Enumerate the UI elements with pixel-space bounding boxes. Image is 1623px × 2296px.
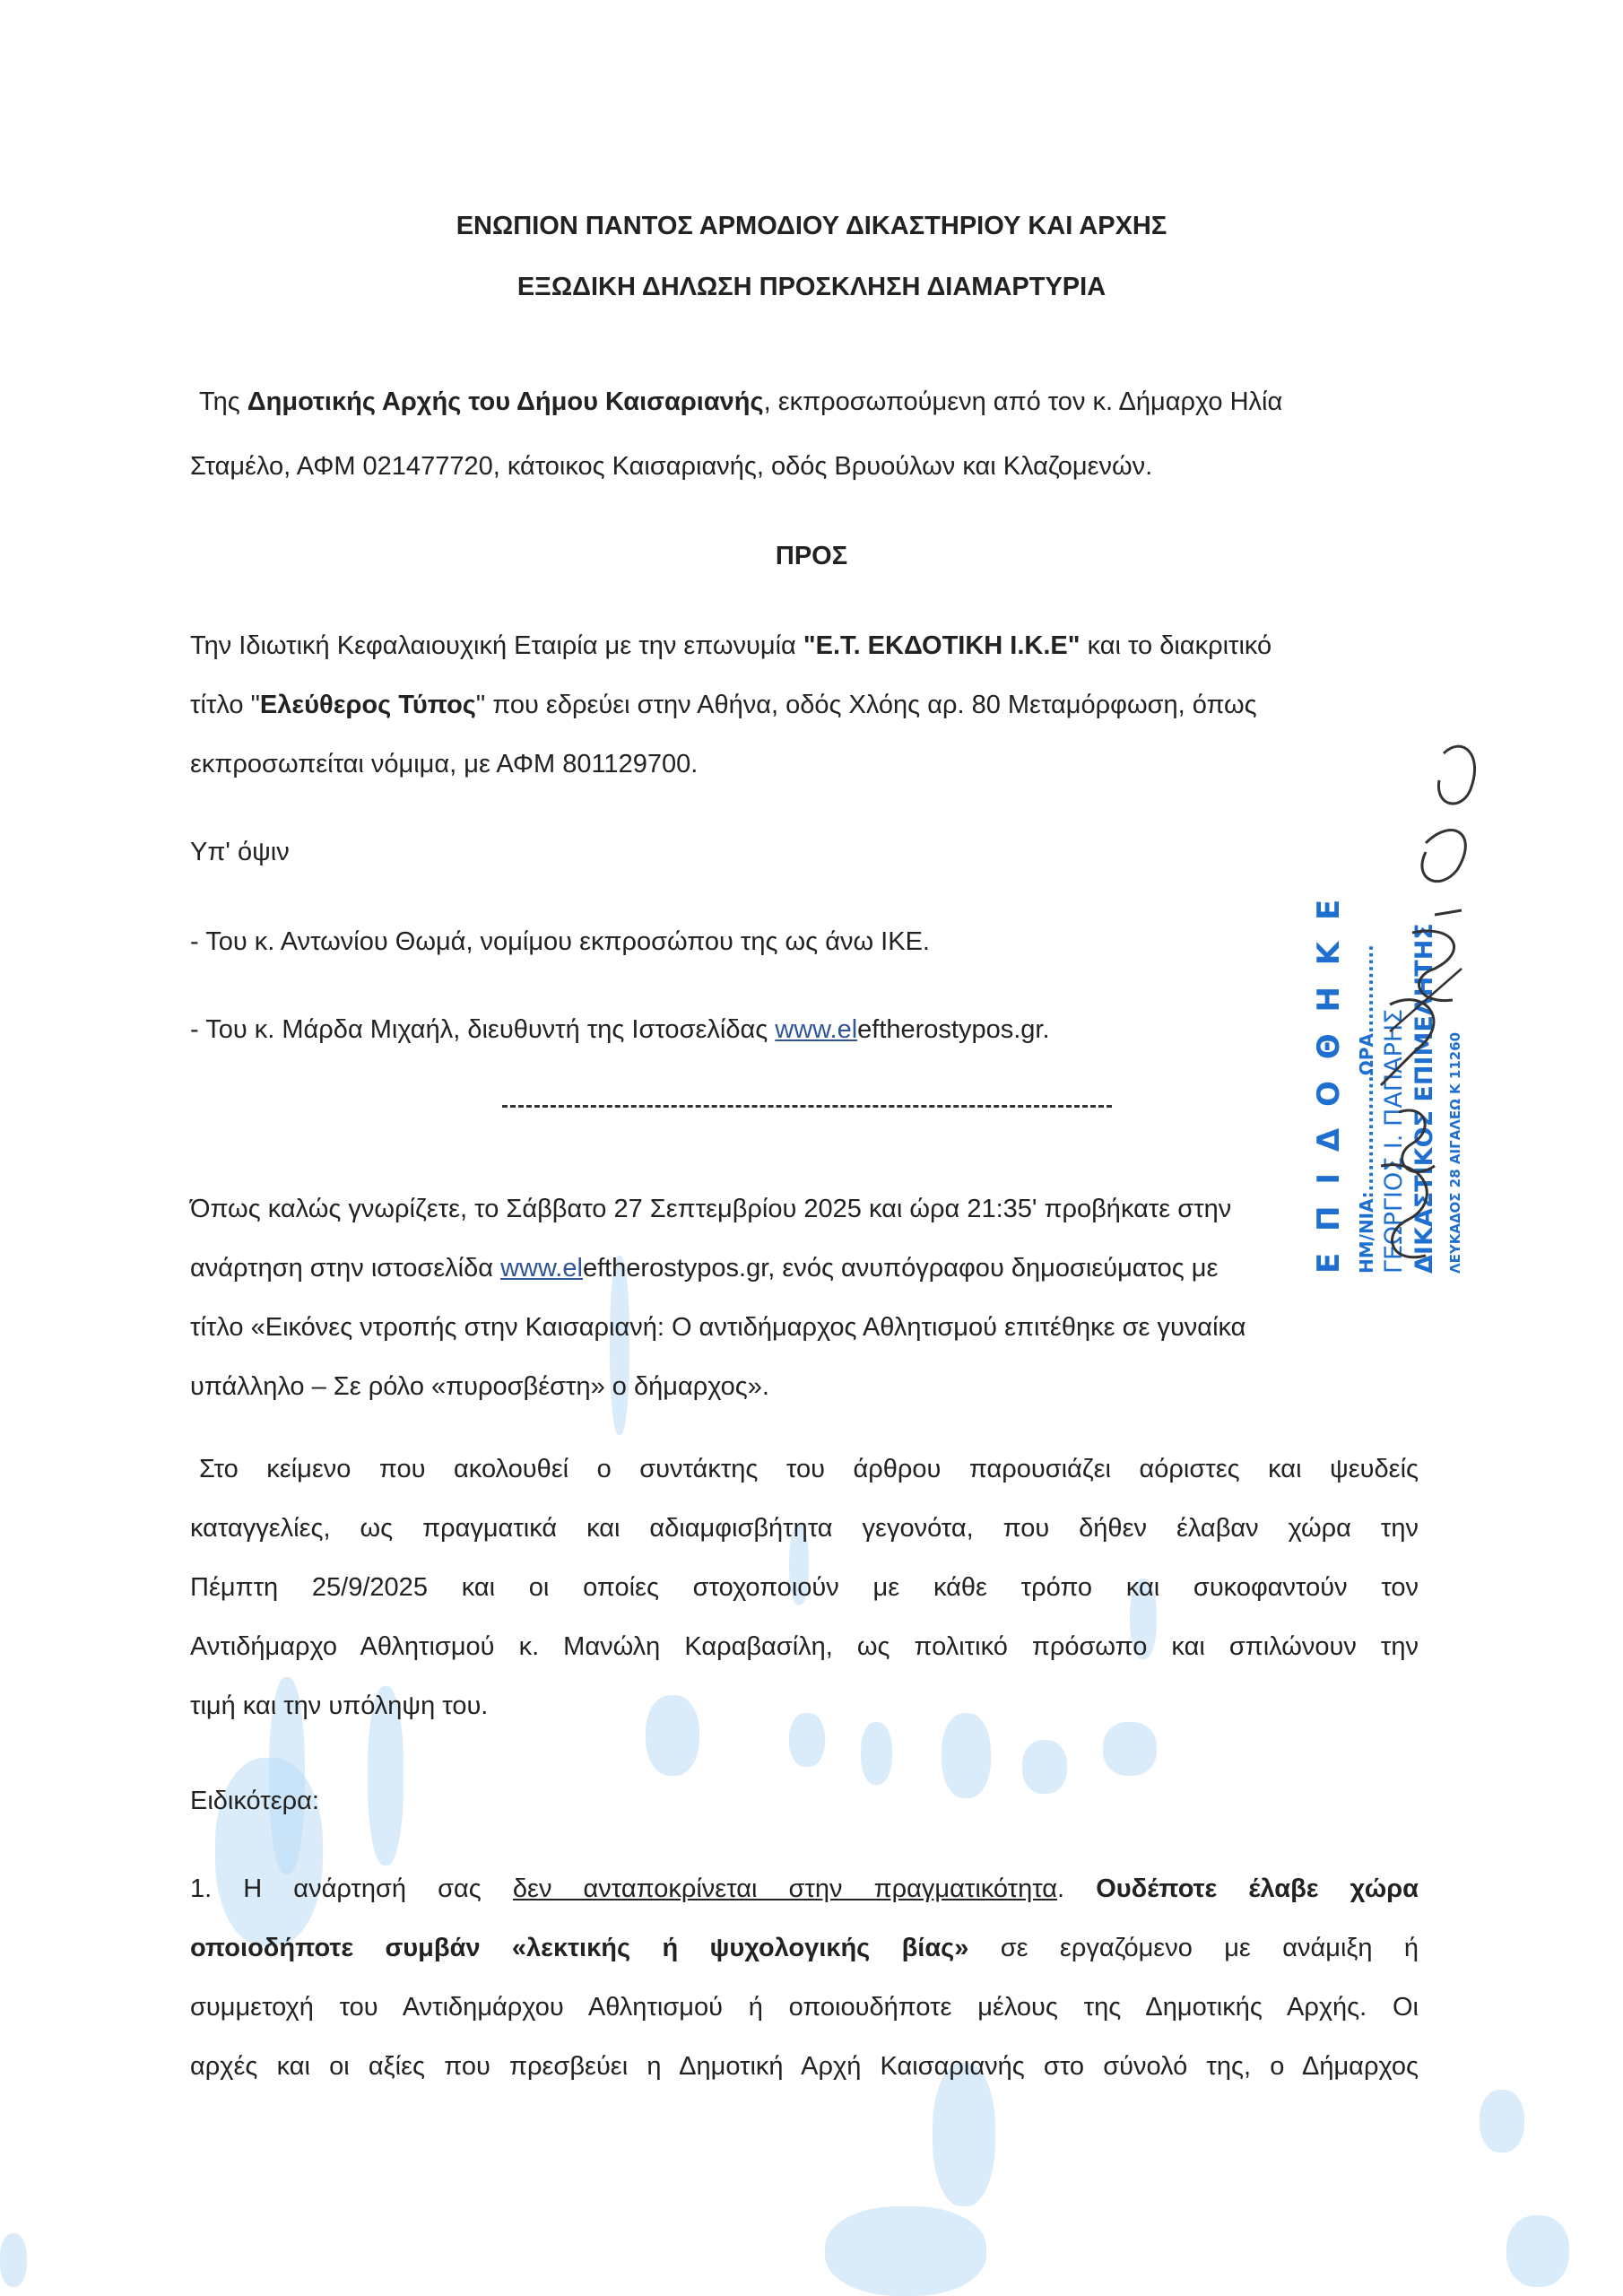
recipient-line-1: Την Ιδιωτική Κεφαλαιουχική Εταιρία με τη…	[190, 628, 1271, 664]
paragraph-1-line-2: ανάρτηση στην ιστοσελίδα www.eleftherost…	[190, 1250, 1218, 1286]
website-link[interactable]: www.el	[775, 1015, 857, 1044]
paragraph-3-line-2: οποιοδήποτε συμβάν «λεκτικής ή ψυχολογικ…	[190, 1930, 1419, 1966]
handwritten-signature-icon	[1327, 735, 1524, 1274]
paragraph-2-line-2: καταγγελίες, ως πραγματικά και αδιαμφισβ…	[190, 1510, 1419, 1546]
recipient-line-2: τίτλο "Ελεύθερος Τύπος" που εδρεύει στην…	[190, 687, 1257, 723]
section-divider	[502, 1105, 1112, 1108]
paragraph-2-line-4: Αντιδήμαρχο Αθλητισμού κ. Μανώλη Καραβασ…	[190, 1629, 1419, 1665]
paragraph-2-line-5: τιμή και την υπόληψη του.	[190, 1688, 488, 1724]
to-heading: ΠΡΟΣ	[0, 538, 1623, 574]
recipient-line-3: εκπροσωπείται νόμιμα, με ΑΦΜ 801129700.	[190, 746, 698, 782]
document-subtitle: ΕΞΩΔΙΚΗ ΔΗΛΩΣΗ ΠΡΟΣΚΛΗΣΗ ΔΙΑΜΑΡΤΥΡΙΑ	[0, 269, 1623, 305]
sender-line-2: Σταμέλο, ΑΦΜ 021477720, κάτοικος Καισαρι…	[190, 448, 1152, 484]
paragraph-1-line-1: Όπως καλώς γνωρίζετε, το Σάββατο 27 Σεπτ…	[190, 1191, 1231, 1227]
paragraph-3-line-4: αρχές και οι αξίες που πρεσβεύει η Δημοτ…	[190, 2048, 1419, 2084]
website-link[interactable]: www.el	[500, 1254, 583, 1283]
paragraph-3-line-3: συμμετοχή του Αντιδημάρχου Αθλητισμού ή …	[190, 1989, 1419, 2025]
paragraph-1-line-3: τίτλο «Εικόνες ντροπής στην Καισαριανή: …	[190, 1309, 1245, 1345]
attention-item-2: - Του κ. Μάρδα Μιχαήλ, διευθυντή της Ιστ…	[190, 1012, 1050, 1048]
paragraph-2-line-3: Πέμπτη 25/9/2025 και οι οποίες στοχοποιο…	[190, 1570, 1419, 1605]
attention-item-1: - Του κ. Αντωνίου Θωμά, νομίμου εκπροσώπ…	[190, 924, 930, 960]
sender-line-1: Της Δημοτικής Αρχής του Δήμου Καισαριανή…	[199, 384, 1282, 420]
document-title: ΕΝΩΠΙΟΝ ΠΑΝΤΟΣ ΑΡΜΟΔΙΟΥ ΔΙΚΑΣΤΗΡΙΟΥ ΚΑΙ …	[0, 208, 1623, 244]
attention-label: Υπ' όψιν	[190, 834, 290, 870]
document-page: ΕΝΩΠΙΟΝ ΠΑΝΤΟΣ ΑΡΜΟΔΙΟΥ ΔΙΚΑΣΤΗΡΙΟΥ ΚΑΙ …	[0, 0, 1623, 2296]
paragraph-3-line-1: 1. Η ανάρτησή σας δεν ανταποκρίνεται στη…	[190, 1871, 1419, 1907]
paragraph-1-line-4: υπάλληλο – Σε ρόλο «πυροσβέστη» ο δήμαρχ…	[190, 1369, 769, 1405]
specifically-label: Ειδικότερα:	[190, 1783, 319, 1819]
paragraph-2-line-1: Στο κείμενο που ακολουθεί ο συντάκτης το…	[199, 1451, 1419, 1487]
